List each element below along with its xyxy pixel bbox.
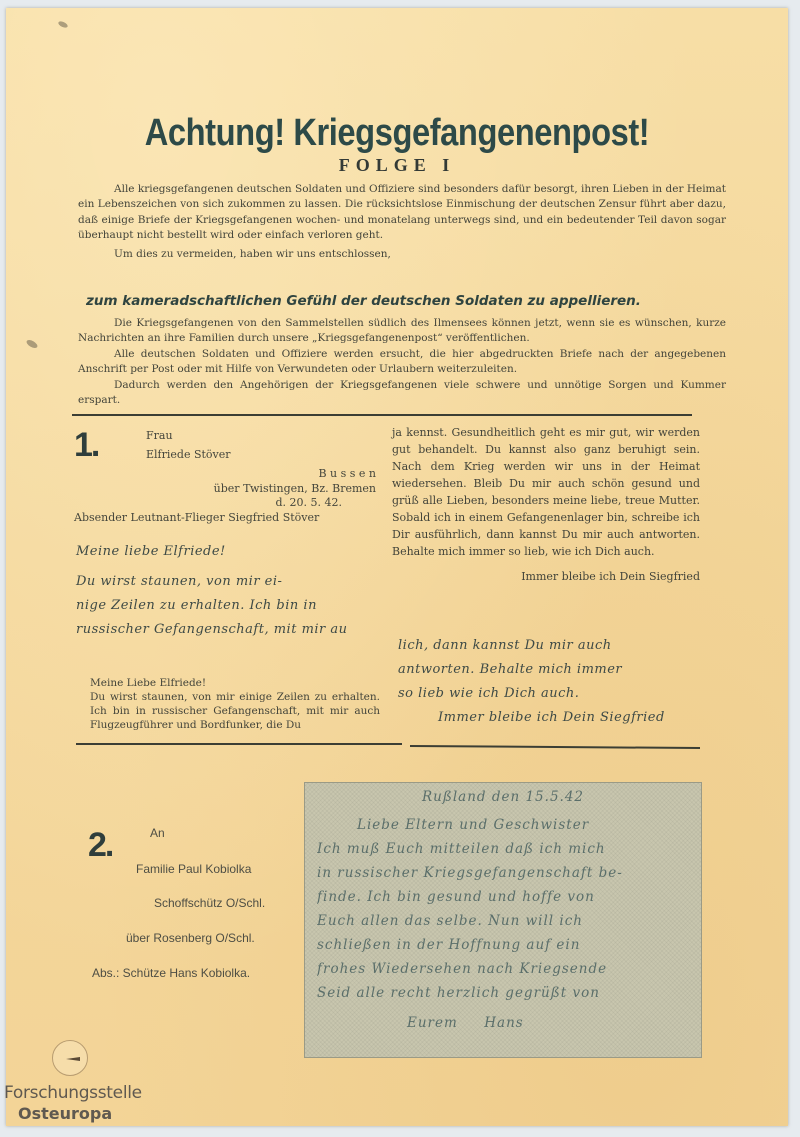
letter1-typed-right: ja kennst. Gesundheitlich geht es mir gu… — [392, 424, 700, 585]
letter1-body-left: Du wirst staunen, von mir einige Zeilen … — [90, 690, 380, 732]
intro-paragraph-1: Alle kriegsgefangenen deutschen Soldaten… — [78, 182, 726, 244]
photo-line: Eurem Hans — [317, 1015, 689, 1031]
letter1-greeting: Meine Liebe Elfriede! — [90, 676, 380, 690]
letter1-closing: Immer bleibe ich Dein Siegfried — [392, 568, 700, 585]
handwritten-line: Immer bleibe ich Dein Siegfried — [398, 706, 708, 730]
letter2-town: Schoffschütz O/Schl. — [154, 896, 265, 910]
page-subtitle: FOLGE I — [6, 155, 788, 176]
letter-number-1: 1. — [74, 426, 98, 465]
photo-line: Ich muß Euch mitteilen daß ich mich — [317, 841, 689, 857]
handwritten-line: lich, dann kannst Du mir auch — [398, 634, 708, 658]
letter2-sender: Abs.: Schütze Hans Kobiolka. — [92, 966, 250, 980]
letter2-recipient: Familie Paul Kobiolka — [136, 862, 251, 876]
handwritten-line: nige Zeilen zu erhalten. Ich bin in — [76, 594, 376, 618]
photo-line: frohes Wiedersehen nach Kriegsende — [317, 961, 689, 977]
letter2-via: über Rosenberg O/Schl. — [126, 931, 255, 945]
watermark-line-1: Forschungsstelle — [4, 1083, 142, 1103]
handwritten-line: so lieb wie ich Dich auch. — [398, 682, 708, 706]
letter2-to: An — [150, 826, 165, 840]
letter1-handwriting-right: lich, dann kannst Du mir auch antworten.… — [398, 634, 708, 730]
intro-paragraph-4: Alle deutschen Soldaten und Offiziere we… — [78, 347, 726, 378]
section-divider-top — [72, 414, 692, 416]
intro-block: Alle kriegsgefangenen deutschen Soldaten… — [78, 182, 726, 262]
intro-paragraph-3: Die Kriegsgefangenen von den Sammelstell… — [78, 316, 726, 347]
intro-paragraph-2: Um dies zu vermeiden, haben wir uns ents… — [78, 247, 726, 262]
photo-line: Euch allen das selbe. Nun will ich — [317, 913, 689, 929]
letter1-divider-right — [410, 745, 700, 749]
paper-stain — [57, 20, 68, 29]
photo-line: Seid alle recht herzlich gegrüßt von — [317, 985, 689, 1001]
letter1-body-right: ja kennst. Gesundheitlich geht es mir gu… — [392, 424, 700, 560]
handwritten-line: Du wirst staunen, von mir ei- — [76, 570, 376, 594]
compass-logo-icon — [52, 1040, 88, 1076]
photo-line: schließen in der Hoffnung auf ein — [317, 937, 689, 953]
letter2-handwritten-photo: Rußland den 15.5.42 Liebe Eltern und Ges… — [304, 782, 702, 1058]
letter1-town: B u s s e n — [196, 466, 376, 482]
letter-number-2: 2. — [88, 826, 112, 865]
photo-line: finde. Ich bin gesund und hoffe von — [317, 889, 689, 905]
paper-stain — [25, 338, 38, 349]
letter1-handwriting-left: Meine liebe Elfriede! Du wirst staunen, … — [76, 540, 376, 642]
handwritten-line: Meine liebe Elfriede! — [76, 540, 376, 564]
handwritten-line: russischer Gefangenschaft, mit mir au — [76, 618, 376, 642]
handwritten-line: antworten. Behalte mich immer — [398, 658, 708, 682]
letter1-recipient: Elfriede Stöver — [146, 447, 231, 463]
letter1-divider-left — [76, 743, 402, 745]
intro-block-2: Die Kriegsgefangenen von den Sammelstell… — [78, 316, 726, 408]
photo-line: Rußland den 15.5.42 — [317, 789, 689, 805]
watermark-line-2: Osteuropa — [18, 1104, 112, 1123]
leaflet-page: Achtung! Kriegsgefangenenpost! FOLGE I A… — [6, 8, 788, 1126]
letter1-typed-left: Meine Liebe Elfriede! Du wirst staunen, … — [90, 676, 380, 732]
compass-needle-icon — [66, 1057, 80, 1061]
photo-line: in russischer Kriegsgefangenschaft be- — [317, 865, 689, 881]
letter1-salutation: Frau — [146, 428, 173, 444]
intro-paragraph-5: Dadurch werden den Angehörigen der Krieg… — [78, 378, 726, 409]
letter1-sender: Absender Leutnant-Flieger Siegfried Stöv… — [74, 510, 364, 526]
letter1-date: d. 20. 5. 42. — [196, 495, 342, 511]
appeal-headline: zum kameradschaftlichen Gefühl der deuts… — [86, 293, 726, 309]
page-title: Achtung! Kriegsgefangenenpost! — [61, 112, 734, 155]
photo-line: Liebe Eltern und Geschwister — [317, 817, 689, 833]
